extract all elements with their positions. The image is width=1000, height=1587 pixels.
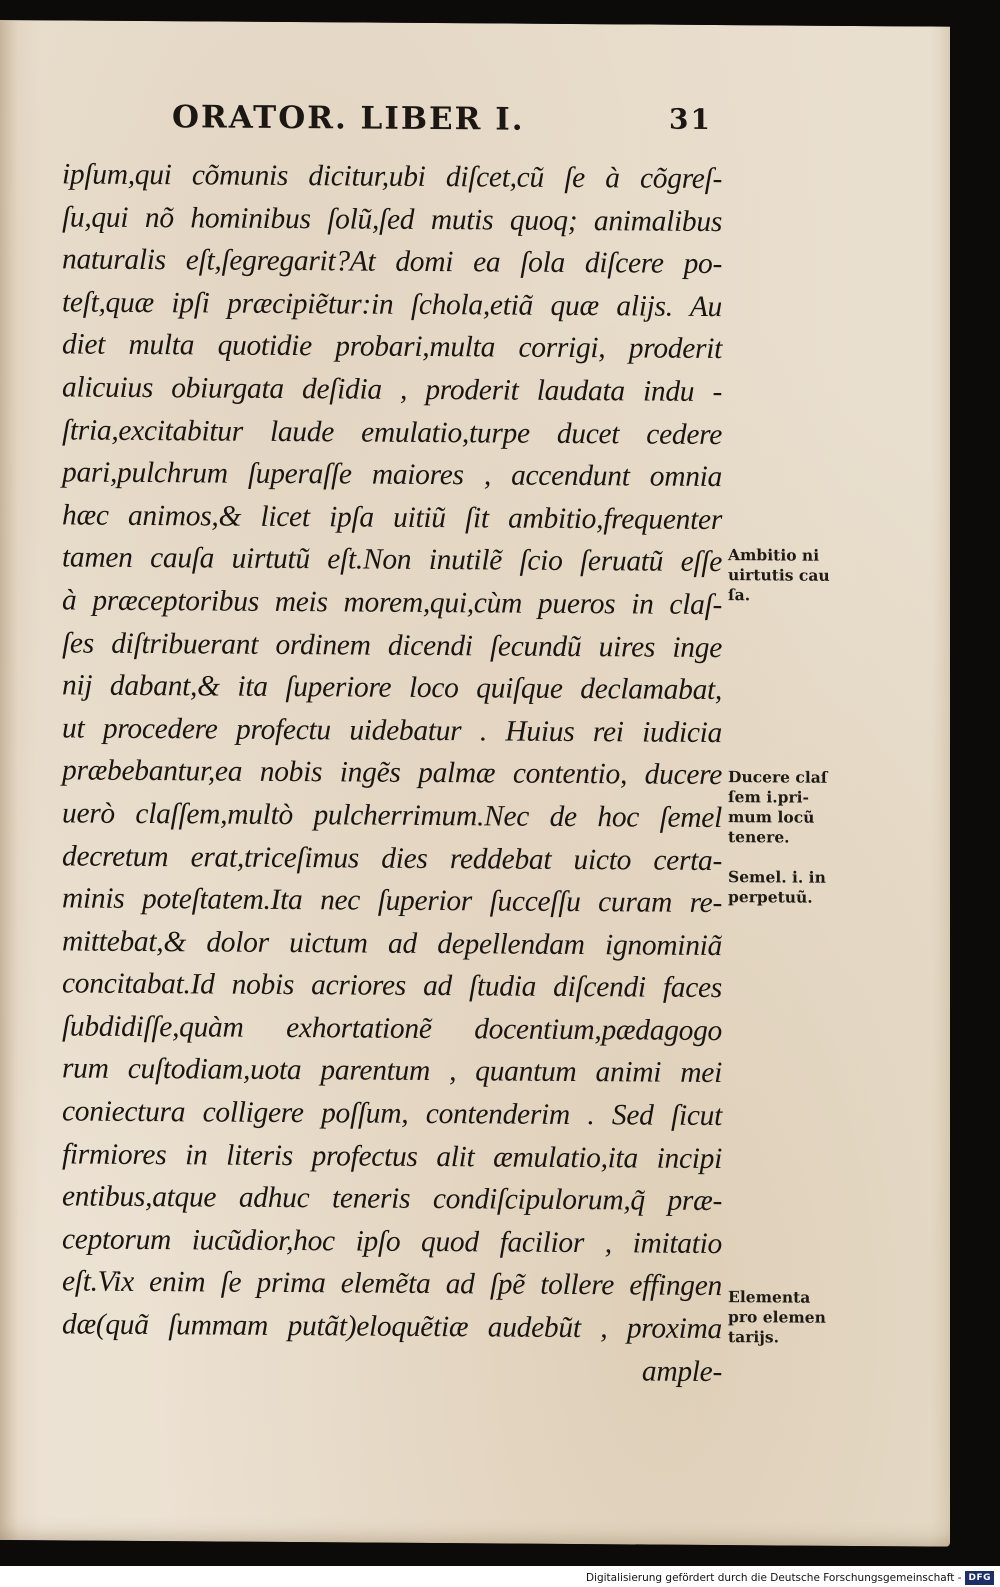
text-line: concitabat.Id nobis acriores ad ſtudia d… <box>62 963 722 1010</box>
dfg-logo-icon: DFG <box>965 1571 994 1585</box>
text-line: ſu,qui nõ hominibus ſolũ,ſed mutis quoq;… <box>62 196 722 243</box>
main-text-block: ipſum,qui cõmunis dicitur,ubi diſcet,cũ … <box>62 153 722 1393</box>
margin-note-line: Elementa <box>728 1287 858 1308</box>
text-line: nij dabant,& ita ſuperiore loco quiſque … <box>62 665 722 712</box>
text-line: hæc animos,& licet ipſa uitiũ ſit ambiti… <box>62 494 722 541</box>
margin-note-semel: Semel. i. in perpetuũ. <box>728 867 858 908</box>
text-line: mittebat,& dolor uictum ad depellendam i… <box>62 920 722 967</box>
text-line: tamen cauſa uirtutũ eſt.Non inutilẽ ſcio… <box>62 537 722 584</box>
margin-note-line: uirtutis cau <box>728 565 858 586</box>
text-line: ſubdidiſſe,quàm exhortationẽ docentium,p… <box>62 1005 722 1052</box>
text-line: à præceptoribus meis morem,qui,cùm puero… <box>62 579 722 626</box>
text-line: ſes diſtribuerant ordinem dicendi ſecund… <box>62 622 722 669</box>
text-line: decretum erat,triceſimus dies reddebat u… <box>62 835 722 882</box>
text-line: ipſum,qui cõmunis dicitur,ubi diſcet,cũ … <box>62 153 722 200</box>
text-line: entibus,atque adhuc teneris condiſcipulo… <box>62 1176 722 1223</box>
margin-note-line: ſem i.pri- <box>728 787 858 808</box>
running-head: ORATOR. LIBER I. 31 <box>172 99 712 147</box>
margin-note-ducere-classem: Ducere claſ ſem i.pri- mum locũ tenere. <box>728 767 858 848</box>
text-line: minis poteſtatem.Ita nec ſuperior ſucceſ… <box>62 878 722 925</box>
margin-note-ambitio: Ambitio ni uirtutis cau ſa. <box>728 545 858 606</box>
margin-note-line: perpetuũ. <box>728 887 858 908</box>
text-line: ceptorum iucũdior,hoc ipſo quod facilior… <box>62 1218 722 1265</box>
margin-note-line: Semel. i. in <box>728 867 858 888</box>
catchword: ample- <box>62 1346 722 1393</box>
text-line: firmiores in literis profectus alit æmul… <box>62 1133 722 1180</box>
margin-note-line: tarijs. <box>728 1327 858 1348</box>
text-line: alicuius obiurgata deſidia , proderit la… <box>62 366 722 413</box>
book-page: ORATOR. LIBER I. 31 ipſum,qui cõmunis di… <box>0 20 950 1547</box>
margin-note-line: Ambitio ni <box>728 545 858 566</box>
text-line: rum cuſtodiam,uota parentum , quantum an… <box>62 1048 722 1095</box>
text-line: ſtria,excitabitur laude emulatio,turpe d… <box>62 409 722 456</box>
credit-text: Digitalisierung gefördert durch die Deut… <box>586 1572 962 1584</box>
text-line: uerò claſſem,multò pulcherrimum.Nec de h… <box>62 792 722 839</box>
text-line: dæ(quã ſummam putãt)eloquẽtiæ audebũt , … <box>62 1303 722 1350</box>
text-line: diet multa quotidie probari,multa corrig… <box>62 324 722 371</box>
margin-note-line: tenere. <box>728 827 858 848</box>
scan-background: ORATOR. LIBER I. 31 ipſum,qui cõmunis di… <box>0 0 1000 1566</box>
running-head-title: ORATOR. LIBER I. <box>172 99 525 137</box>
text-line: pari,pulchrum ſuperaſſe maiores , accend… <box>62 452 722 499</box>
text-line: præbebantur,ea nobis ingẽs palmæ content… <box>62 750 722 797</box>
margin-note-elementa: Elementa pro elemen tarijs. <box>728 1287 858 1348</box>
text-line: teſt,quæ ipſi præcipiẽtur:in ſchola,etiã… <box>62 281 722 328</box>
margin-note-line: Ducere claſ <box>728 767 858 788</box>
margin-note-line: pro elemen <box>728 1307 858 1328</box>
page-number: 31 <box>669 103 712 136</box>
text-line: eſt.Vix enim ſe prima elemẽta ad ſpẽ tol… <box>62 1261 722 1308</box>
text-line: naturalis eſt,ſegregarit?At domi ea ſola… <box>62 239 722 286</box>
digitization-credit: Digitalisierung gefördert durch die Deut… <box>586 1570 994 1586</box>
text-line: ut procedere profectu uidebatur . Huius … <box>62 707 722 754</box>
margin-note-line: mum locũ <box>728 807 858 828</box>
text-line: coniectura colligere poſſum, contenderim… <box>62 1090 722 1137</box>
margin-note-line: ſa. <box>728 585 858 606</box>
